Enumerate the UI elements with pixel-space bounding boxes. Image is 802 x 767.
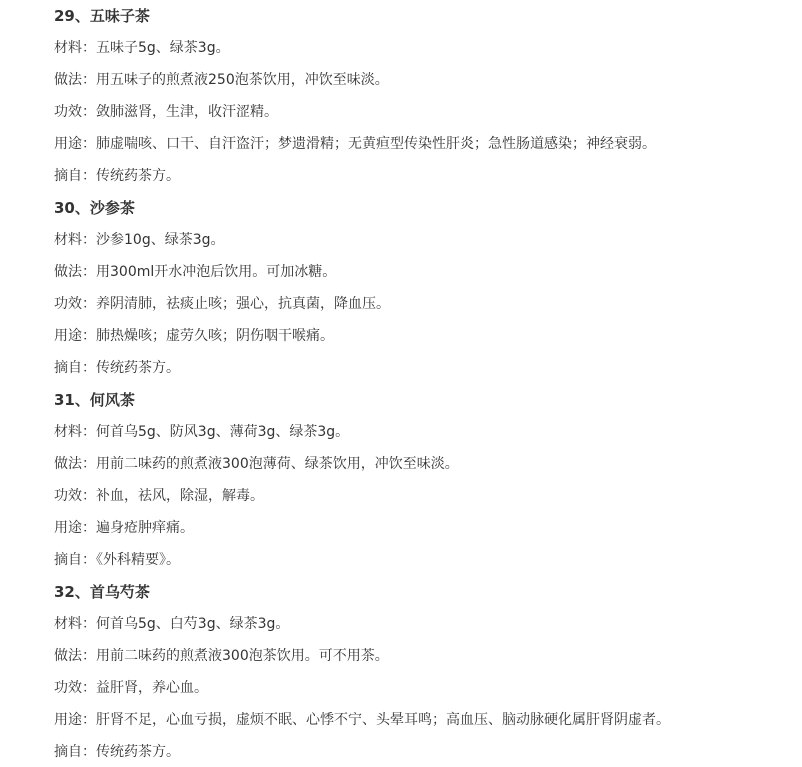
recipe-usage: 用途：肝肾不足，心血亏损，虚烦不眠、心悸不宁、头晕耳鸣；高血压、脑动脉硬化属肝肾…	[54, 708, 802, 740]
recipe-title: 29、五味子茶	[54, 4, 802, 36]
field-label: 用途：	[54, 136, 96, 152]
field-value: 肺热燥咳；虚劳久咳；阴伤咽干喉痛。	[96, 328, 334, 344]
field-label: 用途：	[54, 328, 96, 344]
recipe-title: 30、沙参茶	[54, 196, 802, 228]
recipe-section: 29、五味子茶 材料：五味子5g、绿茶3g。 做法：用五味子的煎煮液250泡茶饮…	[54, 4, 802, 196]
recipe-ingredients: 材料：何首乌5g、白芍3g、绿茶3g。	[54, 612, 802, 644]
recipe-section: 31、何风茶 材料：何首乌5g、防风3g、薄荷3g、绿茶3g。 做法：用前二味药…	[54, 388, 802, 580]
field-value: 遍身疮肿痒痛。	[96, 520, 194, 536]
field-label: 摘自：	[54, 744, 96, 760]
field-label: 功效：	[54, 680, 96, 696]
recipe-source: 摘自：传统药茶方。	[54, 356, 802, 388]
recipe-effect: 功效：补血，祛风，除湿，解毒。	[54, 484, 802, 516]
field-label: 做法：	[54, 456, 96, 472]
field-label: 摘自：	[54, 552, 96, 568]
recipe-usage: 用途：肺热燥咳；虚劳久咳；阴伤咽干喉痛。	[54, 324, 802, 356]
field-label: 做法：	[54, 648, 96, 664]
recipe-source: 摘自：传统药茶方。	[54, 740, 802, 767]
field-value: 传统药茶方。	[96, 744, 180, 760]
recipe-source: 摘自：《外科精要》。	[54, 548, 802, 580]
field-value: 敛肺滋肾，生津，收汗涩精。	[96, 104, 278, 120]
recipe-title: 31、何风茶	[54, 388, 802, 420]
field-label: 用途：	[54, 520, 96, 536]
recipe-ingredients: 材料：五味子5g、绿茶3g。	[54, 36, 802, 68]
field-label: 做法：	[54, 72, 96, 88]
field-label: 材料：	[54, 616, 96, 632]
recipe-method: 做法：用五味子的煎煮液250泡茶饮用，冲饮至味淡。	[54, 68, 802, 100]
field-value: 传统药茶方。	[96, 360, 180, 376]
field-label: 材料：	[54, 424, 96, 440]
field-value: 五味子5g、绿茶3g。	[96, 40, 230, 56]
recipe-effect: 功效：养阴清肺，祛痰止咳；强心，抗真菌，降血压。	[54, 292, 802, 324]
field-label: 功效：	[54, 104, 96, 120]
field-label: 功效：	[54, 488, 96, 504]
recipe-method: 做法：用前二味药的煎煮液300泡薄荷、绿茶饮用，冲饮至味淡。	[54, 452, 802, 484]
recipe-title: 32、首乌芍茶	[54, 580, 802, 612]
field-value: 沙参10g、绿茶3g。	[96, 232, 225, 248]
field-value: 益肝肾，养心血。	[96, 680, 208, 696]
field-value: 补血，祛风，除湿，解毒。	[96, 488, 264, 504]
field-label: 摘自：	[54, 360, 96, 376]
field-value: 传统药茶方。	[96, 168, 180, 184]
field-value: 用前二味药的煎煮液300泡茶饮用。可不用茶。	[96, 648, 389, 664]
field-label: 材料：	[54, 40, 96, 56]
field-value: 肺虚喘咳、口干、自汗盗汗；梦遗滑精；无黄疸型传染性肝炎；急性肠道感染；神经衰弱。	[96, 136, 656, 152]
recipe-method: 做法：用前二味药的煎煮液300泡茶饮用。可不用茶。	[54, 644, 802, 676]
recipe-ingredients: 材料：沙参10g、绿茶3g。	[54, 228, 802, 260]
field-label: 功效：	[54, 296, 96, 312]
recipe-usage: 用途：遍身疮肿痒痛。	[54, 516, 802, 548]
field-label: 做法：	[54, 264, 96, 280]
field-value: 用五味子的煎煮液250泡茶饮用，冲饮至味淡。	[96, 72, 389, 88]
recipe-ingredients: 材料：何首乌5g、防风3g、薄荷3g、绿茶3g。	[54, 420, 802, 452]
field-value: 何首乌5g、防风3g、薄荷3g、绿茶3g。	[96, 424, 349, 440]
recipe-section: 32、首乌芍茶 材料：何首乌5g、白芍3g、绿茶3g。 做法：用前二味药的煎煮液…	[54, 580, 802, 767]
field-value: 养阴清肺，祛痰止咳；强心，抗真菌，降血压。	[96, 296, 390, 312]
field-value: 用前二味药的煎煮液300泡薄荷、绿茶饮用，冲饮至味淡。	[96, 456, 459, 472]
recipe-usage: 用途：肺虚喘咳、口干、自汗盗汗；梦遗滑精；无黄疸型传染性肝炎；急性肠道感染；神经…	[54, 132, 802, 164]
article-content: 29、五味子茶 材料：五味子5g、绿茶3g。 做法：用五味子的煎煮液250泡茶饮…	[0, 0, 802, 767]
field-value: 何首乌5g、白芍3g、绿茶3g。	[96, 616, 289, 632]
field-value: 用300ml开水冲泡后饮用。可加冰糖。	[96, 264, 336, 280]
recipe-source: 摘自：传统药茶方。	[54, 164, 802, 196]
recipe-section: 30、沙参茶 材料：沙参10g、绿茶3g。 做法：用300ml开水冲泡后饮用。可…	[54, 196, 802, 388]
recipe-effect: 功效：敛肺滋肾，生津，收汗涩精。	[54, 100, 802, 132]
field-label: 摘自：	[54, 168, 96, 184]
field-label: 材料：	[54, 232, 96, 248]
field-label: 用途：	[54, 712, 96, 728]
field-value: 《外科精要》。	[96, 552, 180, 568]
recipe-effect: 功效：益肝肾，养心血。	[54, 676, 802, 708]
recipe-method: 做法：用300ml开水冲泡后饮用。可加冰糖。	[54, 260, 802, 292]
field-value: 肝肾不足，心血亏损，虚烦不眠、心悸不宁、头晕耳鸣；高血压、脑动脉硬化属肝肾阴虚者…	[96, 712, 670, 728]
